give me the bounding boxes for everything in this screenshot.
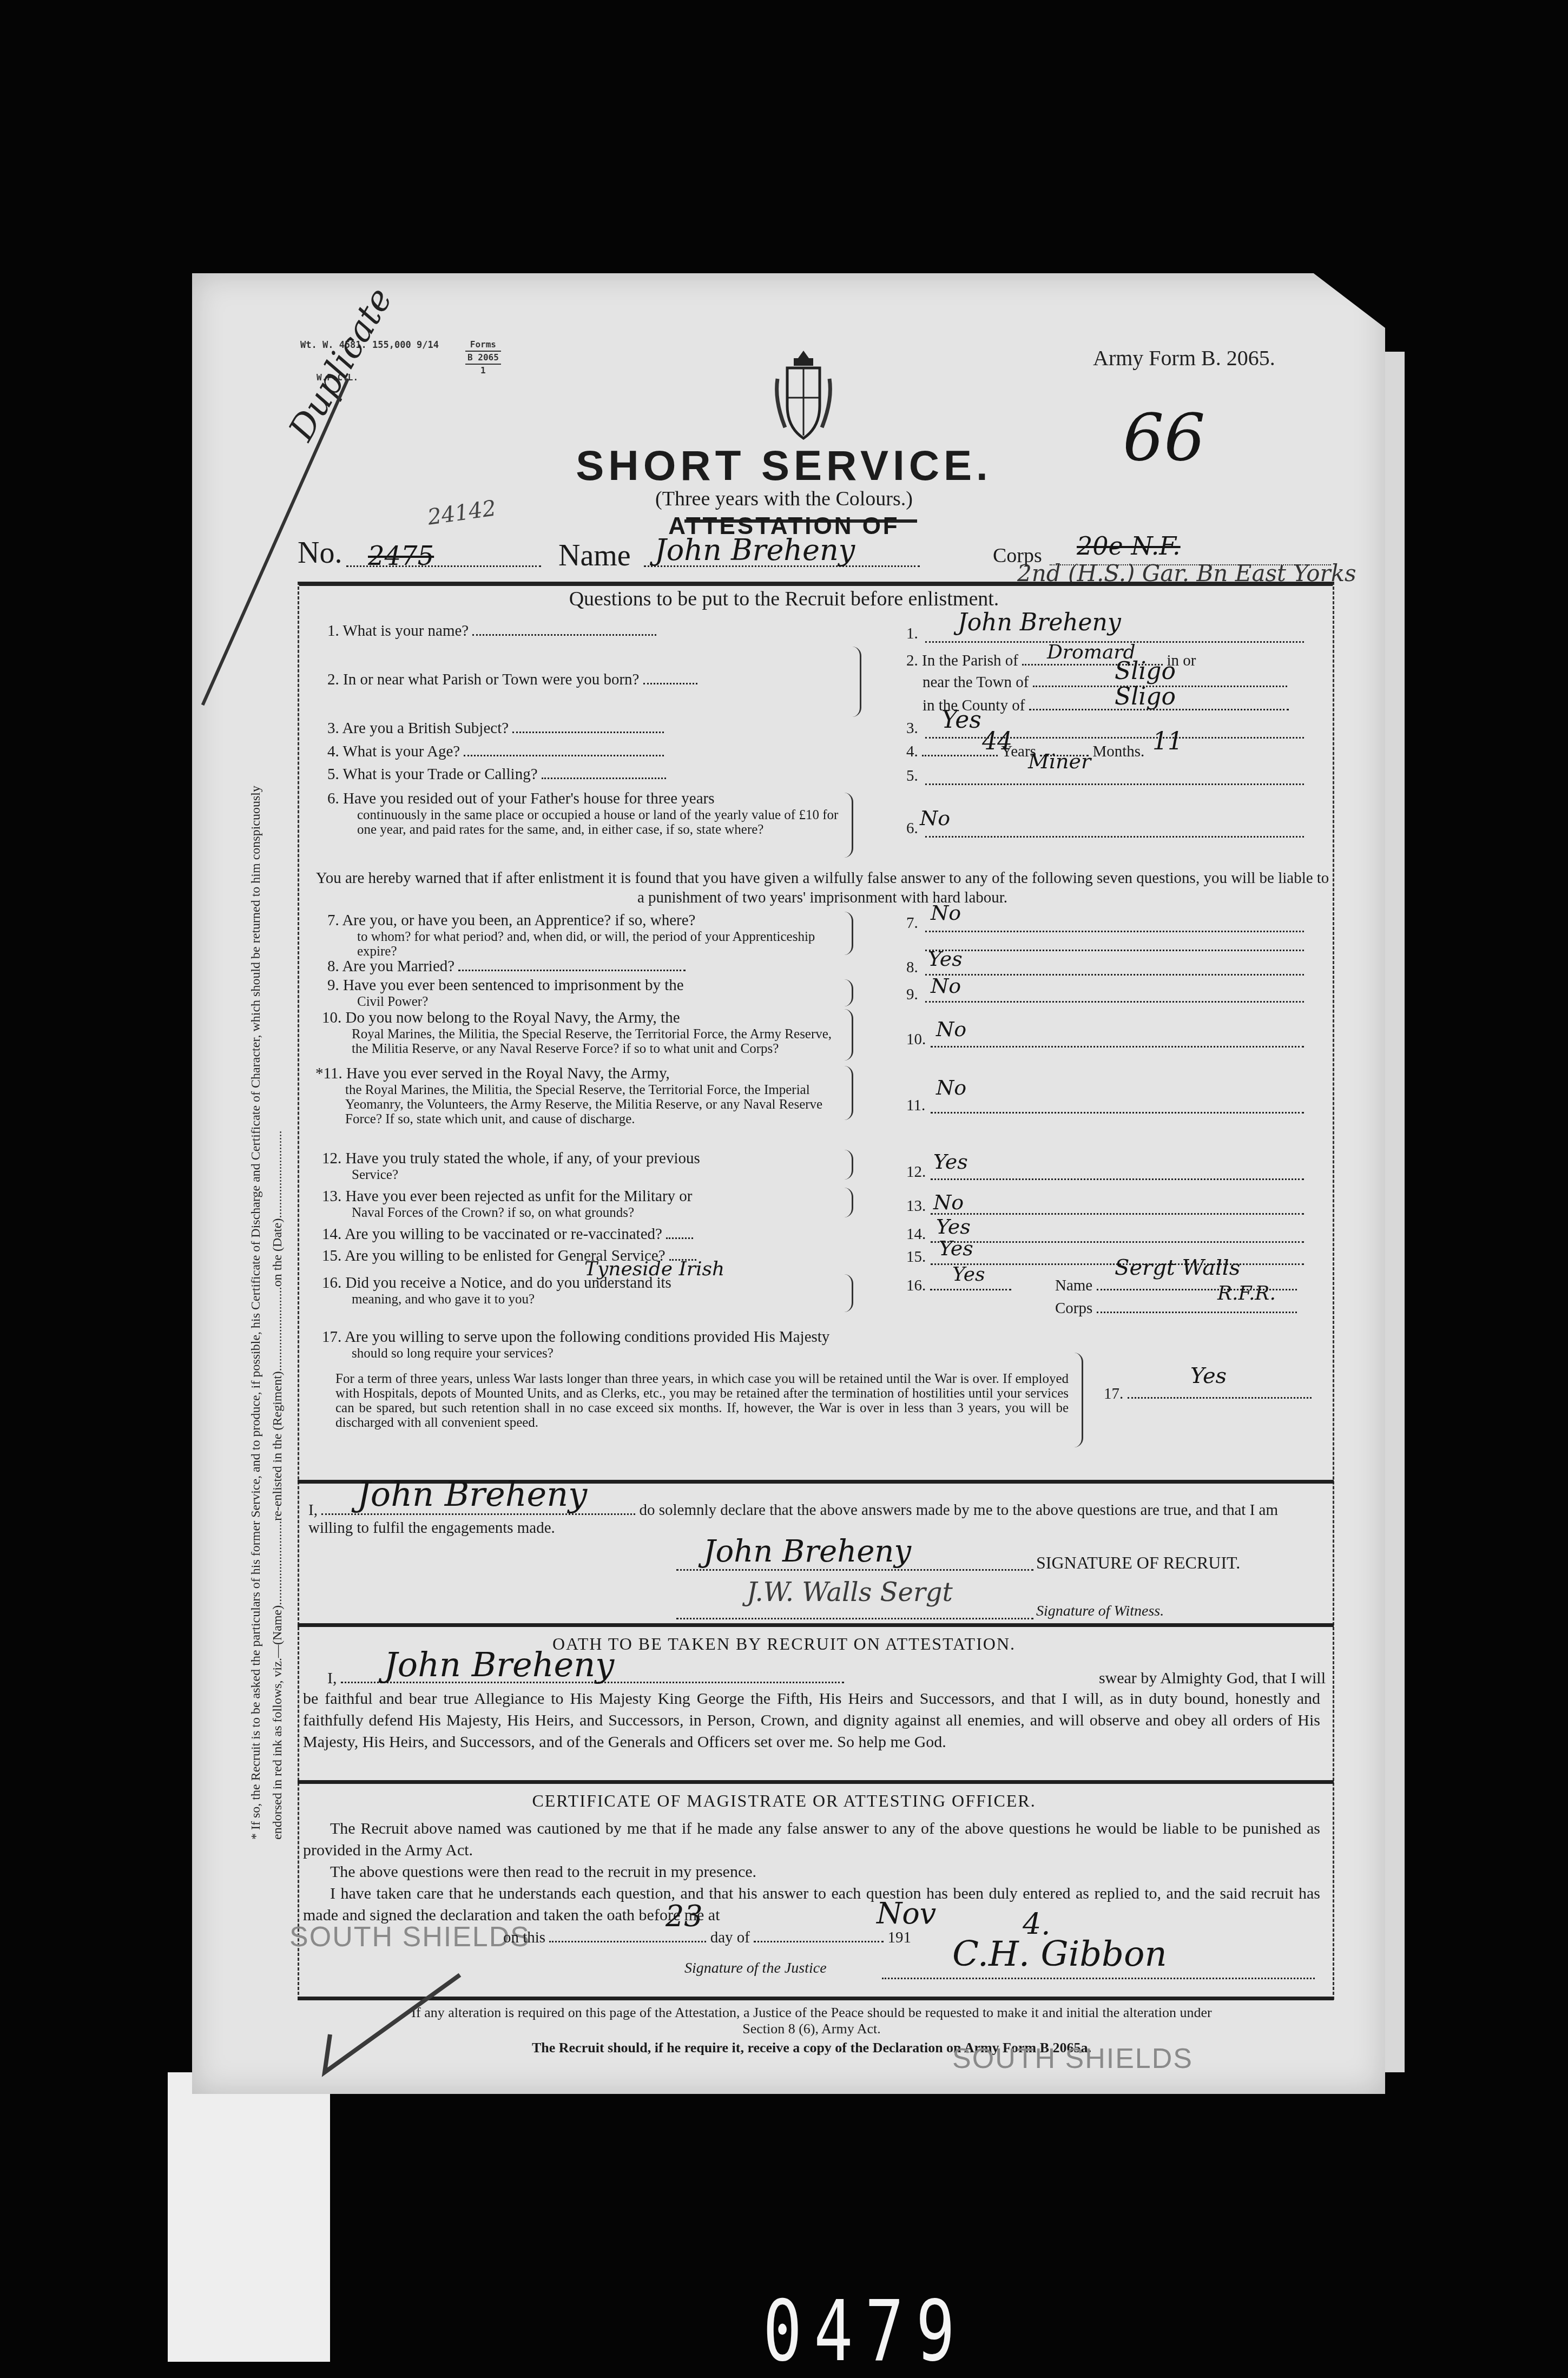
question-6: 6. Have you resided out of your Father's… — [327, 790, 841, 837]
notice-giver-corps: R.F.R. — [1217, 1282, 1276, 1305]
answer-12: Yes — [933, 1150, 968, 1174]
answer-number-1: 1. — [906, 625, 918, 643]
answer-9: No — [931, 974, 961, 998]
margin-note-line-2: endorsed in red ink as follows, viz.—(Na… — [271, 1131, 285, 1840]
oath-name: John Breheny — [384, 1645, 614, 1684]
recruit-signature-label: SIGNATURE OF RECRUIT. — [1036, 1553, 1240, 1573]
brace — [844, 1188, 853, 1217]
answer-number-6: 6. — [906, 820, 918, 838]
date-row: on this day of 191 — [503, 1929, 911, 1947]
justice-signature-line — [882, 1978, 1315, 1979]
witness-signature-label: Signature of Witness. — [1036, 1603, 1164, 1620]
check-mark-icon — [319, 1969, 465, 2078]
name-label: Name — [558, 538, 631, 573]
margin-note-line-1: * If so, the Recruit is to be asked the … — [249, 786, 263, 1840]
question-12: 12. Have you truly stated the whole, if … — [322, 1150, 841, 1182]
answer-11: No — [936, 1076, 966, 1099]
regimental-number: 2475 — [368, 541, 434, 571]
answer-8: Yes — [928, 947, 963, 971]
forms-fraction: Forms B 2065 1 — [465, 339, 501, 377]
forms-sheet: 1 — [465, 365, 501, 377]
answer-line-7b — [925, 950, 1304, 951]
answer-line-9 — [925, 1001, 1304, 1003]
witness-signature: J.W. Walls Sergt — [747, 1577, 953, 1608]
answer-7: No — [931, 901, 961, 925]
question-3: 3. Are you a British Subject? — [327, 720, 664, 737]
royal-coat-of-arms-icon — [771, 346, 836, 444]
question-17: 17. Are you willing to serve upon the fo… — [322, 1328, 1042, 1361]
answer-number-10: 10. — [906, 1031, 926, 1049]
answer-number-14: 14. — [906, 1226, 926, 1243]
answer-number-9: 9. — [906, 986, 918, 1004]
answer-10: No — [936, 1017, 966, 1041]
question-7: 7. Are you, or have you been, an Apprent… — [327, 912, 841, 959]
answer-number-15: 15. — [906, 1248, 926, 1266]
recruit-signature-line — [676, 1569, 1033, 1571]
frame-number: 0479 — [763, 2283, 967, 2378]
number-label: No. — [298, 536, 342, 570]
answer-line-7 — [925, 931, 1304, 932]
oath-text: be faithful and bear true Allegiance to … — [303, 1688, 1320, 1753]
answer-number-11: 11. — [906, 1097, 925, 1115]
answer-line-5 — [925, 783, 1304, 785]
declaration-name: John Breheny — [357, 1474, 587, 1514]
false-answer-warning: You are hereby warned that if after enli… — [314, 868, 1331, 907]
south-shields-stamp: SOUTH SHIELDS — [952, 2043, 1193, 2075]
answer-6: No — [920, 806, 950, 830]
answer-1-name: John Breheny — [958, 609, 1121, 636]
question-4: 4. What is your Age? — [327, 743, 664, 761]
recruit-name: John Breheny — [655, 533, 855, 567]
answer-13: No — [933, 1190, 964, 1214]
justice-signature-label: Signature of the Justice — [684, 1960, 827, 1977]
certificate-title: CERTIFICATE OF MAGISTRATE OR ATTESTING O… — [0, 1791, 1568, 1811]
forms-number: B 2065 — [465, 352, 501, 365]
answer-4-months: 11 — [1152, 728, 1183, 755]
army-form-number: Army Form B. 2065. — [1093, 345, 1275, 371]
brace — [844, 1066, 853, 1120]
answer-line-14 — [931, 1241, 1304, 1243]
answer-5-trade: Miner — [1028, 749, 1091, 773]
attestation-month: Nov — [877, 1896, 936, 1931]
answer-2-town: Sligo — [1115, 657, 1176, 685]
question-10: 10. Do you now belong to the Royal Navy,… — [322, 1009, 841, 1056]
witness-signature-line — [676, 1618, 1033, 1619]
recruit-signature: John Breheny — [703, 1534, 911, 1569]
corps-struck-value: 20e N.F. — [1077, 531, 1181, 561]
questions-heading: Questions to be put to the Recruit befor… — [0, 587, 1568, 611]
answer-line-11 — [931, 1112, 1304, 1114]
answer-16: Yes — [952, 1263, 985, 1286]
attestation-day: 23 — [666, 1899, 703, 1933]
place-stamp: SOUTH SHIELDS — [289, 1921, 530, 1953]
brace — [844, 1150, 853, 1180]
answer-line-6 — [925, 836, 1304, 838]
question-13: 13. Have you ever been rejected as unfit… — [322, 1188, 841, 1220]
forms-label: Forms — [465, 339, 501, 352]
answer-15: Yes — [939, 1236, 973, 1260]
certificate-paragraph-1: The Recruit above named was cautioned by… — [303, 1818, 1320, 1861]
white-slip — [168, 2072, 330, 2362]
certificate-paragraph-2: The above questions were then read to th… — [303, 1861, 1320, 1883]
answer-line-8 — [925, 974, 1304, 976]
answer-14: Yes — [936, 1215, 971, 1239]
justice-signature: C.H. Gibbon — [952, 1934, 1167, 1974]
notice-giver-name: Sergt Walls — [1115, 1255, 1240, 1280]
section-divider — [298, 1780, 1334, 1784]
question-14: 14. Are you willing to be vaccinated or … — [322, 1226, 693, 1243]
form-subtitle: (Three years with the Colours.) — [0, 487, 1568, 511]
answer-number-7: 7. — [906, 914, 918, 932]
brace — [852, 647, 861, 717]
question-2: 2. In or near what Parish or Town were y… — [327, 671, 697, 689]
answer-line-10 — [931, 1046, 1304, 1048]
answer-number-5: 5. — [906, 767, 918, 785]
question-9: 9. Have you ever been sentenced to impri… — [327, 977, 841, 1009]
brace — [844, 912, 853, 955]
answer-17: Yes — [1190, 1363, 1227, 1388]
answer-line-13 — [931, 1213, 1304, 1215]
answer-number-13: 13. — [906, 1197, 926, 1215]
answer-number-12: 12. — [906, 1163, 926, 1181]
answer-number-8: 8. — [906, 959, 918, 977]
brace — [844, 793, 853, 858]
answer-2-county: Sligo — [1115, 683, 1176, 710]
question-5: 5. What is your Trade or Calling? — [327, 766, 666, 783]
question-1: 1. What is your name? — [327, 622, 656, 640]
answer-line-12 — [931, 1178, 1304, 1180]
brace — [1074, 1353, 1083, 1447]
answer-number-3: 3. — [906, 720, 918, 737]
certificate-paragraph-3: I have taken care that he understands ea… — [303, 1883, 1320, 1926]
oath-title: OATH TO BE TAKEN BY RECRUIT ON ATTESTATI… — [0, 1634, 1568, 1654]
brace — [844, 1274, 853, 1312]
question-11: *11. Have you ever served in the Royal N… — [315, 1065, 843, 1127]
brace — [844, 1009, 853, 1060]
answer-4-row: 4. Years Months. — [906, 743, 1144, 761]
section-divider — [298, 1623, 1334, 1627]
answer-4-years: 44 — [982, 728, 1012, 755]
alteration-note: If any alteration is required on this pa… — [411, 2005, 1212, 2037]
question-16: 16. Did you receive a Notice, and do you… — [322, 1274, 841, 1307]
form-title: SHORT SERVICE. — [0, 441, 1568, 490]
answer-2-town-row: near the Town of — [923, 674, 1287, 691]
service-conditions: For a term of three years, unless War la… — [335, 1372, 1069, 1430]
answer-3: Yes — [941, 706, 981, 734]
question-8: 8. Are you Married? — [327, 958, 686, 976]
